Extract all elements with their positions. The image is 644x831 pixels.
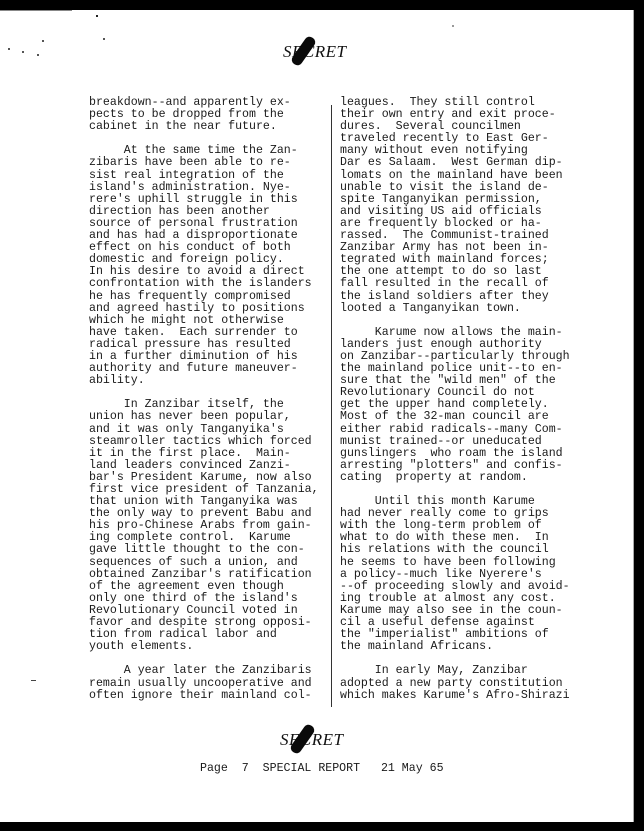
- text-line: gave little thought to the con-: [89, 544, 319, 556]
- page-label: Page: [200, 762, 228, 775]
- text-line: fall resulted in the recall of: [340, 278, 570, 290]
- text-line: the island soldiers after they: [340, 291, 570, 303]
- paragraph: In Zanzibar itself, theunion has never b…: [89, 399, 319, 653]
- text-line: which he might not otherwise: [89, 315, 319, 327]
- scan-speck: [37, 54, 39, 56]
- text-line: which makes Karume's Afro-Shirazi: [340, 690, 570, 702]
- text-line: and it was only Tanganyika's: [89, 424, 319, 436]
- paragraph: Until this month Karumehad never really …: [340, 496, 570, 653]
- paragraph: leagues. They still controltheir own ent…: [340, 97, 570, 315]
- text-line: cating property at random.: [340, 472, 570, 484]
- text-line: he seems to have been following: [340, 557, 570, 569]
- text-line: lomats on the mainland have been: [340, 170, 570, 182]
- text-line: either rabid radicals--many Com-: [340, 424, 570, 436]
- scan-edge: [0, 10, 72, 11]
- text-line: unable to visit the island de-: [340, 182, 570, 194]
- text-line: looted a Tanganyikan town.: [340, 303, 570, 315]
- paragraph: breakdown--and apparently ex-pects to be…: [89, 97, 319, 133]
- scan-speck: [96, 15, 98, 17]
- text-line: confrontation with the islanders: [89, 278, 319, 290]
- text-line: steamroller tactics which forced: [89, 436, 319, 448]
- text-line: remain usually uncooperative and: [89, 678, 319, 690]
- text-line: the mainland Africans.: [340, 641, 570, 653]
- text-line: it in the first place. Main-: [89, 448, 319, 460]
- left-column: breakdown--and apparently ex-pects to be…: [89, 97, 319, 714]
- text-line: he has frequently compromised: [89, 291, 319, 303]
- scan-speck: [42, 40, 44, 42]
- text-line: youth elements.: [89, 641, 319, 653]
- text-line: ability.: [89, 375, 319, 387]
- paragraph: A year later the Zanzibarisremain usuall…: [89, 665, 319, 701]
- page-footer: Page 7 SPECIAL REPORT 21 May 65: [200, 762, 444, 775]
- right-column: leagues. They still controltheir own ent…: [340, 97, 570, 714]
- text-line: A year later the Zanzibaris: [89, 665, 319, 677]
- text-line: In early May, Zanzibar: [340, 665, 570, 677]
- text-line: island's administration. Nye-: [89, 182, 319, 194]
- text-line: cabinet in the near future.: [89, 121, 319, 133]
- scan-edge-right: [633, 10, 634, 822]
- text-line: Dar es Salaam. West German dip-: [340, 157, 570, 169]
- text-line: a policy--much like Nyerere's: [340, 569, 570, 581]
- report-type: SPECIAL REPORT: [263, 762, 360, 775]
- report-date: 21 May 65: [381, 762, 444, 775]
- scan-speck: [22, 51, 24, 53]
- text-line: union has never been popular,: [89, 411, 319, 423]
- page-number: 7: [242, 762, 249, 775]
- text-line: sequences of such a union, and: [89, 557, 319, 569]
- document-page: SECRET breakdown--and apparently ex-pect…: [0, 10, 634, 822]
- text-line: zibaris have been able to re-: [89, 157, 319, 169]
- scan-speck: [452, 25, 454, 27]
- paragraph: In early May, Zanzibaradopted a new part…: [340, 665, 570, 701]
- paragraph: Karume now allows the main-landers just …: [340, 327, 570, 484]
- text-line: often ignore their mainland col-: [89, 690, 319, 702]
- column-divider: [331, 105, 332, 707]
- scan-artifact: [31, 680, 36, 681]
- text-line: gunslingers who roam the island: [340, 448, 570, 460]
- paragraph: At the same time the Zan-zibaris have be…: [89, 145, 319, 387]
- scan-speck: [103, 38, 105, 40]
- text-line: adopted a new party constitution: [340, 678, 570, 690]
- text-line: munist trained--or uneducated: [340, 436, 570, 448]
- text-line: his relations with the council: [340, 544, 570, 556]
- text-line: and agreed hastily to positions: [89, 303, 319, 315]
- text-line: obtained Zanzibar's ratification: [89, 569, 319, 581]
- text-line: Most of the 32-man council are: [340, 411, 570, 423]
- scan-speck: [8, 48, 10, 50]
- text-line: sist real integration of the: [89, 170, 319, 182]
